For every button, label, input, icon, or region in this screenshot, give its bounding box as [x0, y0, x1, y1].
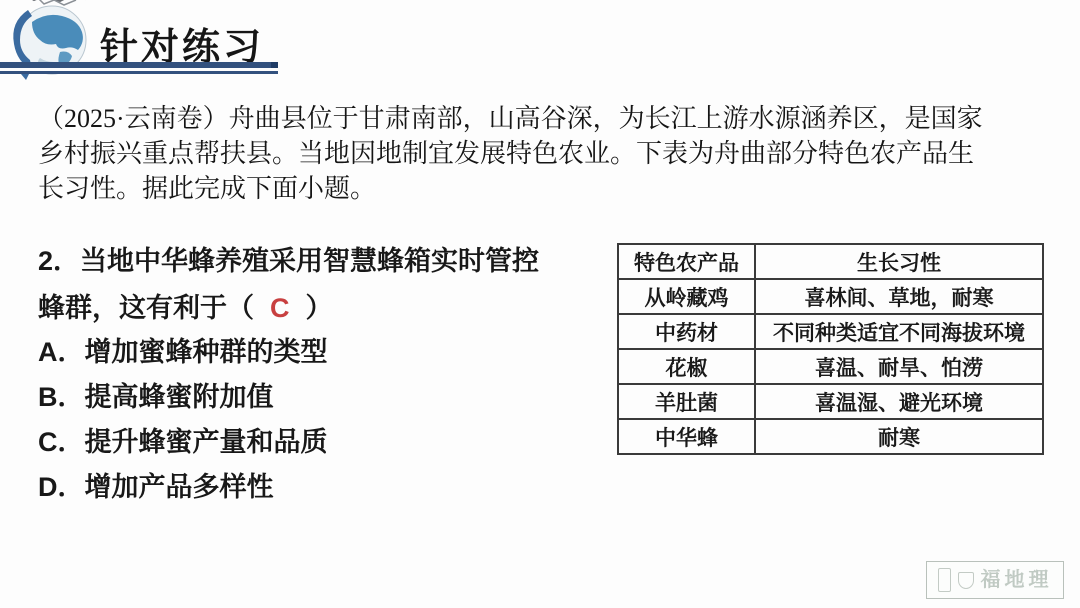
- table-cell-habit: 耐寒: [755, 419, 1043, 454]
- table-row: 羊肚菌 喜温湿、避光环境: [618, 384, 1043, 419]
- table-row: 中药材 不同种类适宜不同海拔环境: [618, 314, 1043, 349]
- table-cell-product: 花椒: [618, 349, 755, 384]
- watermark-shield-icon: [958, 572, 974, 589]
- option-d: D．增加产品多样性: [38, 465, 598, 510]
- habit-table: 特色农产品 生长习性 从岭藏鸡 喜林间、草地，耐寒 中药材 不同种类适宜不同海拔…: [617, 243, 1044, 455]
- question-line-2-suffix: ）: [306, 293, 333, 323]
- watermark-text: 福地理: [981, 570, 1053, 590]
- table-header-habit: 生长习性: [755, 244, 1043, 279]
- table-cell-habit: 喜温湿、避光环境: [755, 384, 1043, 419]
- title-divider: [0, 62, 278, 74]
- intro-paragraph: （2025·云南卷）舟曲县位于甘肃南部，山高谷深，为长江上游水源涵养区，是国家 …: [38, 101, 1052, 206]
- table-cell-habit: 喜林间、草地，耐寒: [755, 279, 1043, 314]
- table-cell-product: 从岭藏鸡: [618, 279, 755, 314]
- watermark-glyph-icon: [938, 568, 951, 592]
- table-cell-product: 中药材: [618, 314, 755, 349]
- intro-line-3: 长习性。据此完成下面小题。: [38, 171, 1052, 206]
- question-line-2: 蜂群，这有利于（C）: [38, 285, 598, 332]
- intro-line-2: 乡村振兴重点帮扶县。当地因地制宜发展特色农业。下表为舟曲部分特色农产品生: [38, 136, 1052, 171]
- question-line-1: 2．当地中华蜂养殖采用智慧蜂箱实时管控: [38, 238, 598, 285]
- table-cell-product: 羊肚菌: [618, 384, 755, 419]
- table-row: 中华蜂 耐寒: [618, 419, 1043, 454]
- divider-thin-line: [0, 71, 278, 74]
- answer-letter: C: [270, 293, 290, 323]
- table-cell-product: 中华蜂: [618, 419, 755, 454]
- slide: 针对练习 （2025·云南卷）舟曲县位于甘肃南部，山高谷深，为长江上游水源涵养区…: [0, 0, 1080, 608]
- option-c: C．提升蜂蜜产量和品质: [38, 420, 598, 465]
- question-stem: 2．当地中华蜂养殖采用智慧蜂箱实时管控 蜂群，这有利于（C）: [38, 238, 598, 332]
- table-header-row: 特色农产品 生长习性: [618, 244, 1043, 279]
- watermark-logo: 福地理: [926, 561, 1064, 599]
- question-line-2-prefix: 蜂群，这有利于（: [38, 293, 254, 323]
- table-row: 花椒 喜温、耐旱、怕涝: [618, 349, 1043, 384]
- option-list: A．增加蜜蜂种群的类型 B．提高蜂蜜附加值 C．提升蜂蜜产量和品质 D．增加产品…: [38, 330, 598, 510]
- table-header-product: 特色农产品: [618, 244, 755, 279]
- table-cell-habit: 喜温、耐旱、怕涝: [755, 349, 1043, 384]
- table-row: 从岭藏鸡 喜林间、草地，耐寒: [618, 279, 1043, 314]
- table-cell-habit: 不同种类适宜不同海拔环境: [755, 314, 1043, 349]
- option-a: A．增加蜜蜂种群的类型: [38, 330, 598, 375]
- option-b: B．提高蜂蜜附加值: [38, 375, 598, 420]
- intro-line-1: （2025·云南卷）舟曲县位于甘肃南部，山高谷深，为长江上游水源涵养区，是国家: [38, 101, 1052, 136]
